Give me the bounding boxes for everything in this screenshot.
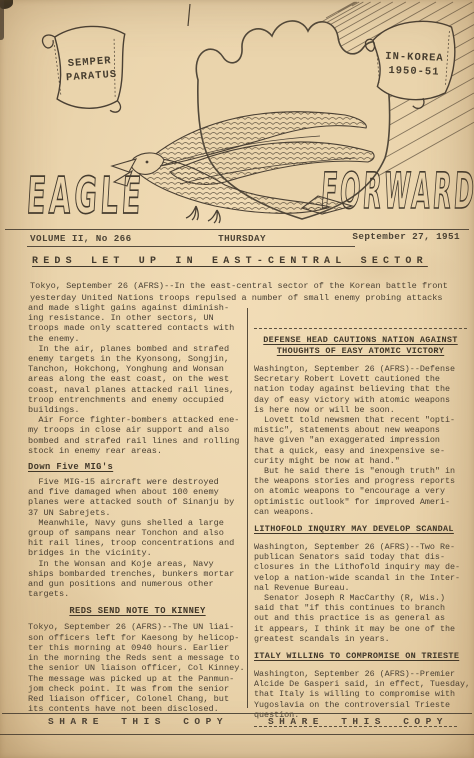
footer-rule-top (2, 713, 472, 714)
lead-intro: Tokyo, September 26 (AFRS)--In the east-… (30, 280, 448, 304)
left-column: and made slight gains against diminish- … (28, 303, 247, 714)
right-scroll-text-line1: IN-KOREA (385, 51, 444, 65)
subhead-reds-send-note: REDS SEND NOTE TO KINNEY (28, 606, 247, 616)
left-scroll-banner: SEMPER PARATUS (42, 24, 130, 117)
volume-number: VOLUME II, No 266 (30, 233, 132, 244)
right-column-top-rule (254, 328, 467, 329)
lead-paragraph-1: and made slight gains against diminish- … (28, 303, 247, 344)
day-of-week: THURSDAY (218, 233, 266, 244)
newspaper-page: SEMPER PARATUS IN-KOREA 1950-51 EAGLE FO… (0, 0, 474, 758)
share-this-copy-right: SHARE THIS COPY (268, 716, 448, 727)
migs-paragraph-3: In the Wonsan and Koje areas, Navy ships… (28, 559, 247, 600)
migs-paragraph-1: Five MIG-15 aircraft were destroyed and … (28, 477, 247, 518)
kinney-paragraph: Tokyo, September 26 (AFRS)--The UN liai-… (28, 622, 247, 714)
share-this-copy-left: SHARE THIS COPY (48, 716, 228, 727)
subhead-down-five-migs: Down Five MIG's (28, 462, 247, 472)
defense-story-headline: DEFENSE HEAD CAUTIONS NATION AGAINST THO… (254, 335, 467, 357)
issue-date: September 27, 1951 (352, 231, 460, 242)
dateline-rule-bottom (27, 246, 355, 247)
trieste-story-headline: ITALY WILLING TO COMPROMISE ON TRIESTE (254, 651, 467, 662)
footer-rule-bottom (0, 734, 474, 735)
scan-edge-mark (0, 0, 4, 40)
lithofold-story-headline: LITHOFOLD INQUIRY MAY DEVELOP SCANDAL (254, 524, 467, 535)
lithofold-story-body: Washington, September 26 (AFRS)--Two Re-… (254, 542, 467, 644)
column-divider (247, 308, 248, 708)
migs-paragraph-2: Meanwhile, Navy guns shelled a large gro… (28, 518, 247, 559)
masthead-title-eagle: EAGLE (25, 166, 146, 226)
footer-share-row: SHARE THIS COPY SHARE THIS COPY (48, 716, 448, 727)
fold-mark (188, 4, 190, 26)
dateline: VOLUME II, No 266 THURSDAY September 27,… (30, 233, 460, 244)
dateline-rule-top (5, 229, 469, 230)
masthead-artwork: SEMPER PARATUS IN-KOREA 1950-51 EAGLE FO… (0, 0, 474, 228)
lead-paragraph-3: Air Force fighter-bombers attacked ene- … (28, 415, 247, 456)
right-column: DEFENSE HEAD CAUTIONS NATION AGAINST THO… (254, 303, 467, 733)
lead-headline: REDS LET UP IN EAST-CENTRAL SECTOR (32, 256, 428, 267)
lead-paragraph-2: In the air, planes bombed and strafed en… (28, 344, 247, 415)
masthead-title-forward: FORWARD (319, 163, 474, 220)
right-scroll-text-line2: 1950-51 (388, 65, 439, 79)
defense-story-body: Washington, September 26 (AFRS)--Defense… (254, 364, 467, 517)
